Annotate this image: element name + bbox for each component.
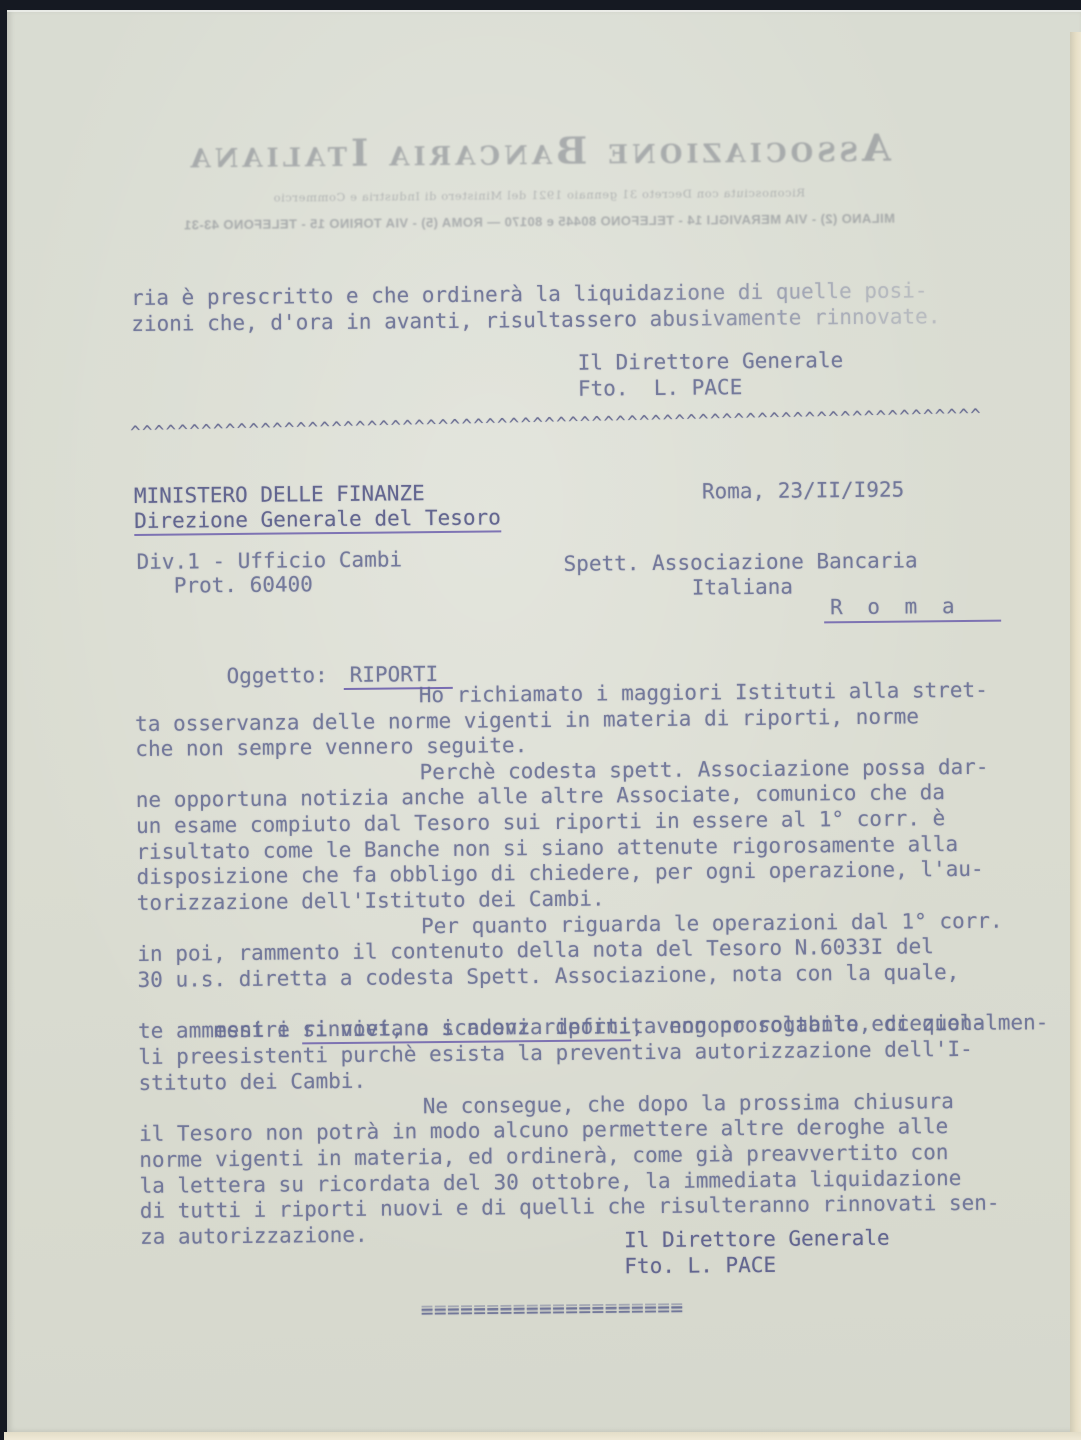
recipient-city: R o m a [824,594,1001,621]
subject-line: Oggetto:RIPORTI [150,637,452,715]
page-edge-bottom [4,1432,1081,1440]
letter-date: Roma, 23/II/I925 [702,478,905,505]
protocol-number: Prot. 60400 [174,572,313,598]
letterhead-bleedthrough: Associazione Bancaria Italiana Riconosci… [1,123,1076,234]
letterhead-address-mirrored: MILANO (2) - VIA MERAVIGLI 14 - TELEFONO… [2,209,1076,234]
equals-divider: ==================== [421,1297,684,1325]
letterhead-title-mirrored: Associazione Bancaria Italiana [1,123,1075,179]
signature-name: Fto. L. PACE [624,1253,776,1279]
body-line: che non sempre vennero seguite. [135,733,527,762]
letter-paper: Associazione Bancaria Italiana Riconosci… [7,10,1081,1432]
letter-content: Associazione Bancaria Italiana Riconosci… [0,5,1081,1437]
page-edge-right [1070,32,1081,1432]
signature-name: Fto. L. PACE [578,375,743,402]
subject-label: Oggetto: [226,663,327,688]
recipient-line: Italiana [692,575,793,601]
signature-title: Il Direttore Generale [624,1226,890,1254]
body-line: stituto dei Cambi. [138,1069,366,1096]
signature-title: Il Direttore Generale [578,348,844,376]
division-line: Div.1 - Ufficio Cambi [136,547,402,575]
scanned-letter-page: { "colors":{ "paper":"#dadcd2", "ink":"#… [0,0,1081,1440]
body-line: torizzazione dell'Istituto dei Cambi. [137,886,605,915]
ministry-name: MINISTERO DELLE FINANZE [134,481,425,509]
caret-divider: ^^^^^^^^^^^^^^^^^^^^^^^^^^^^^^^^^^^^^^^^… [130,406,980,443]
letterhead-subtitle-mirrored: Riconosciuta con Decreto 31 gennaio 1921… [2,183,1076,207]
recipient-line: Spett. Associazione Bancaria [563,548,917,576]
body-line: za autorizzazione. [140,1223,368,1250]
directorate-name: Direzione Generale del Tesoro [134,505,501,534]
